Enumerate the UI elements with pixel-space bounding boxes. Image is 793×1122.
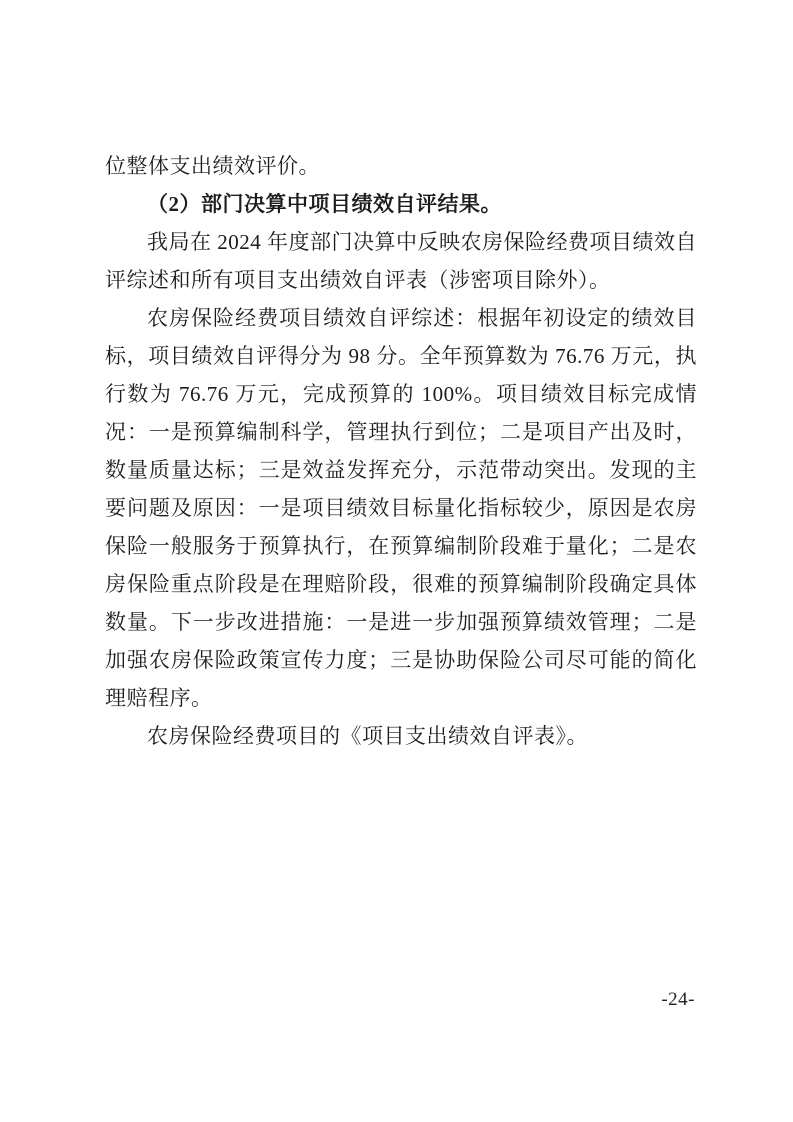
paragraph-self-evaluation-summary: 农房保险经费项目绩效自评综述：根据年初设定的绩效目标，项目绩效自评得分为 98 … (105, 299, 697, 717)
section-heading: （2）部门决算中项目绩效自评结果。 (105, 185, 697, 223)
paragraph-final-accounts-statement: 我局在 2024 年度部门决算中反映农房保险经费项目绩效自评综述和所有项目支出绩… (105, 223, 697, 299)
page-number: -24- (661, 988, 695, 1012)
document-body: 位整体支出绩效评价。 （2）部门决算中项目绩效自评结果。 我局在 2024 年度… (105, 147, 697, 755)
paragraph-continuation: 位整体支出绩效评价。 (105, 147, 697, 185)
document-page: 位整体支出绩效评价。 （2）部门决算中项目绩效自评结果。 我局在 2024 年度… (0, 0, 793, 1122)
paragraph-table-reference: 农房保险经费项目的《项目支出绩效自评表》。 (105, 717, 697, 755)
